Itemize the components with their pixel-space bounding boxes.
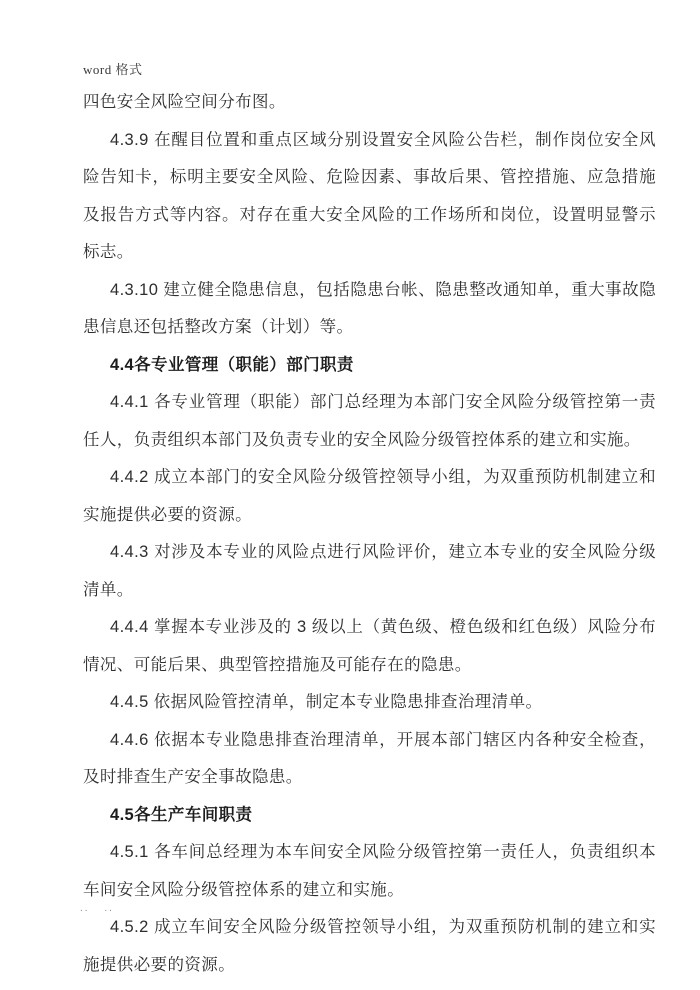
paragraph-4-3-10: 4.3.10 建立健全隐患信息，包括隐患台帐、隐患整改通知单，重大事故隐患信息还… (83, 272, 656, 347)
paragraph-4-4-6: 4.4.6 依据本专业隐患排查治理清单，开展本部门辖区内各种安全检查，及时排查生… (83, 722, 656, 797)
word-format-watermark: word 格式 (83, 62, 656, 84)
paragraph-4-4-2: 4.4.2 成立本部门的安全风险分级管控领导小组，为双重预防机制建立和实施提供必… (83, 459, 656, 534)
paragraph-4-5-1: 4.5.1 各车间总经理为本车间安全风险分级管控第一责任人，负责组织本车间安全风… (83, 834, 656, 909)
paragraph-continuation: 四色安全风险空间分布图。 (83, 84, 656, 122)
paragraph-4-4-4: 4.4.4 掌握本专业涉及的 3 级以上（黄色级、橙色级和红色级）风险分布情况、… (83, 609, 656, 684)
paragraph-4-3-9: 4.3.9 在醒目位置和重点区域分别设置安全风险公告栏，制作岗位安全风险告知卡，… (83, 122, 656, 272)
paragraph-4-4-3: 4.4.3 对涉及本专业的风险点进行风险评价，建立本专业的安全风险分级清单。 (83, 534, 656, 609)
document-body: 四色安全风险空间分布图。 4.3.9 在醒目位置和重点区域分别设置安全风险公告栏… (83, 84, 656, 984)
document-page: word 格式 四色安全风险空间分布图。 4.3.9 在醒目位置和重点区域分别设… (0, 0, 700, 990)
paragraph-4-4-5: 4.4.5 依据风险管控清单，制定本专业隐患排查治理清单。 (83, 684, 656, 722)
section-heading-4-4: 4.4各专业管理（职能）部门职责 (83, 347, 656, 385)
paragraph-4-5-2: 4.5.2 成立车间安全风险分级管控领导小组，为双重预防机制的建立和实施提供必要… (83, 909, 656, 984)
paragraph-4-4-1: 4.4.1 各专业管理（职能）部门总经理为本部门安全风险分级管控第一责任人，负责… (83, 384, 656, 459)
section-heading-4-5: 4.5各生产车间职责 (83, 797, 656, 835)
footer-marks: .. .. (80, 903, 114, 914)
